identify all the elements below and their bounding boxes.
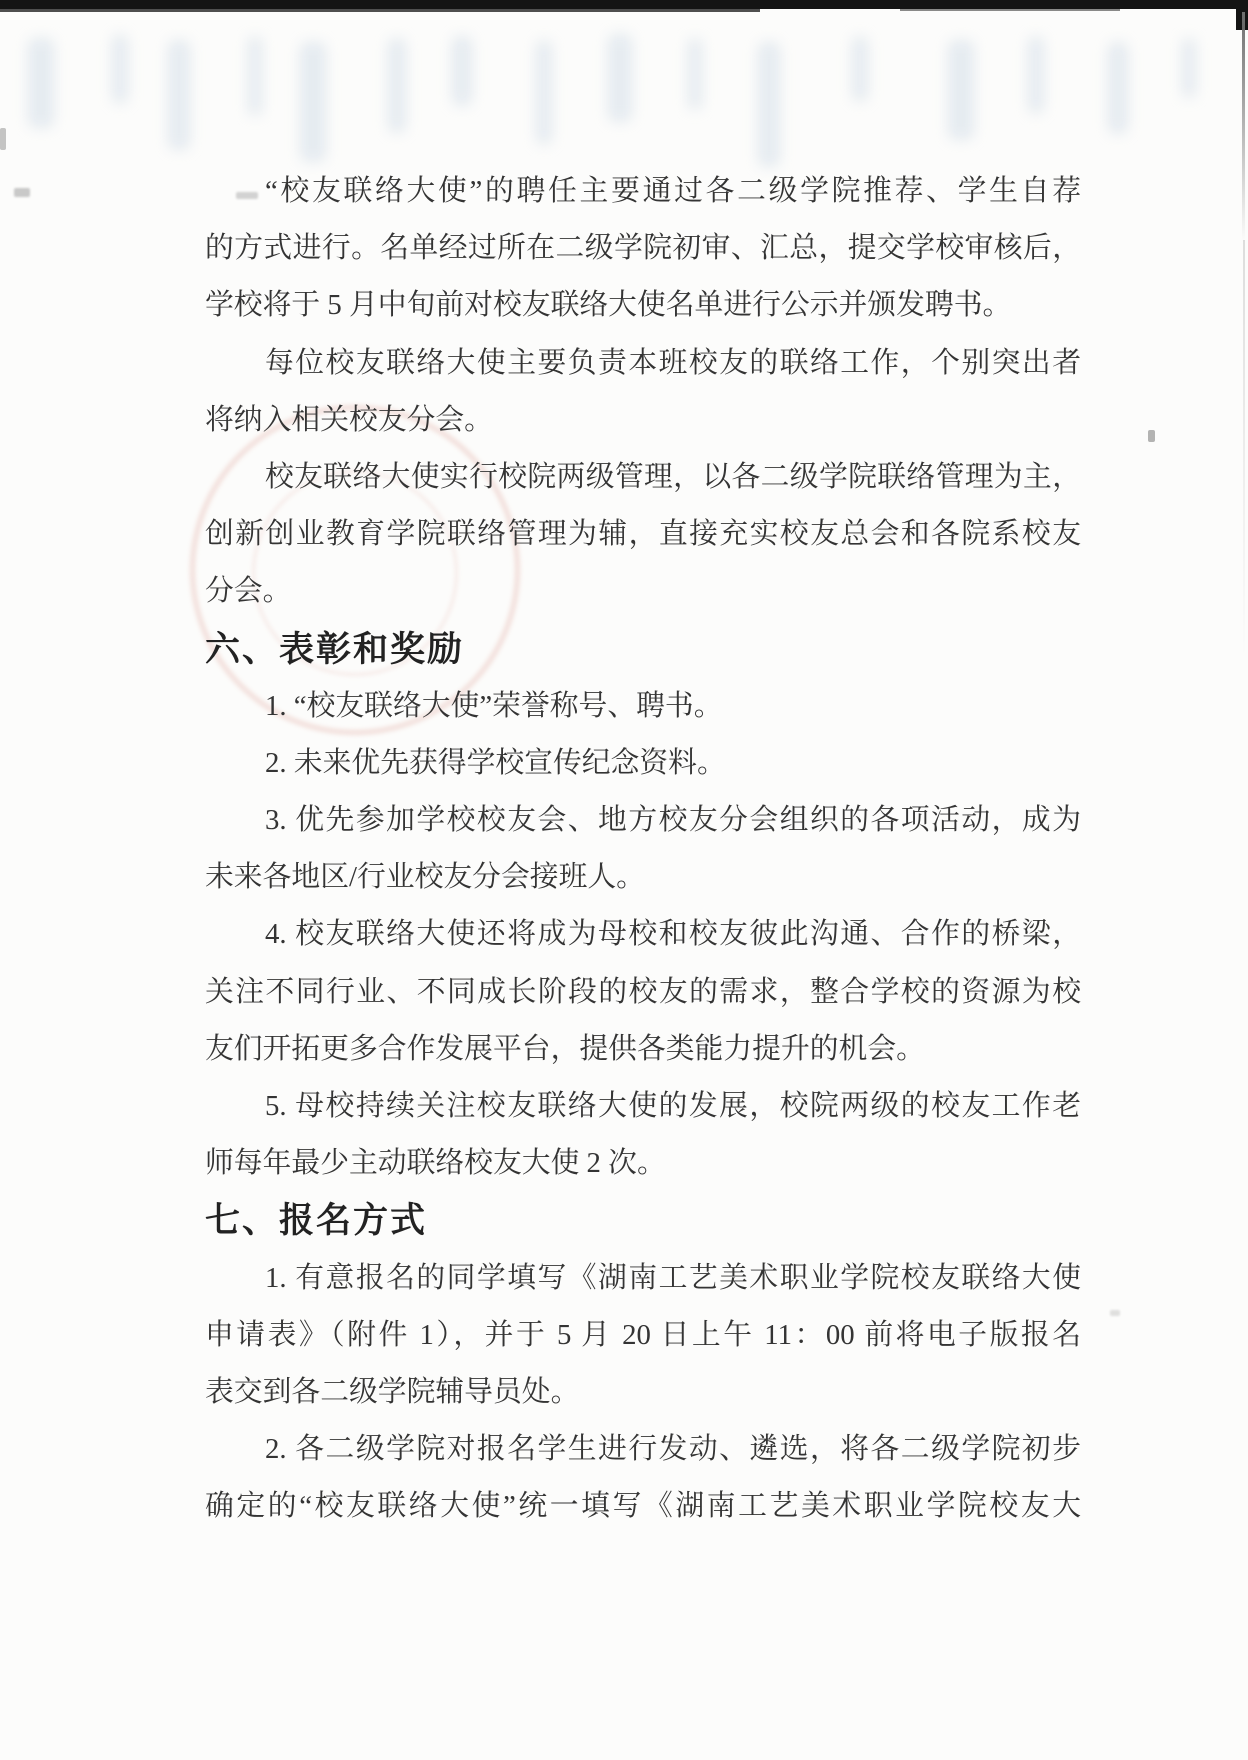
list-item-line: 1. “校友联络大使”荣誉称号、聘书。: [205, 678, 1081, 735]
scan-speck: [1110, 1310, 1120, 1316]
paragraph-line: 分会。: [205, 563, 1081, 620]
document-body: “校友联络大使”的聘任主要通过各二级学院推荐、学生自荐 的方式进行。名单经过所在…: [205, 163, 1081, 1536]
paragraph-line: “校友联络大使”的聘任主要通过各二级学院推荐、学生自荐: [205, 163, 1081, 220]
scan-speck: [0, 128, 6, 150]
scan-top-edge-notch: [0, 9, 760, 12]
section-heading-registration: 七、报名方式: [205, 1192, 1081, 1249]
list-item-line: 2. 各二级学院对报名学生进行发动、遴选，将各二级学院初步: [205, 1421, 1081, 1478]
scanned-page: “校友联络大使”的聘任主要通过各二级学院推荐、学生自荐 的方式进行。名单经过所在…: [0, 0, 1248, 1760]
list-item-line: 3. 优先参加学校校友会、地方校友分会组织的各项活动，成为: [205, 792, 1081, 849]
paragraph-line: 的方式进行。名单经过所在二级学院初审、汇总，提交学校审核后，: [205, 220, 1081, 277]
list-item-line: 确定的“校友联络大使”统一填写《湖南工艺美术职业学院校友大: [205, 1478, 1081, 1535]
list-item-line: 未来各地区/行业校友分会接班人。: [205, 849, 1081, 906]
list-item-line: 5. 母校持续关注校友联络大使的发展，校院两级的校友工作老: [205, 1078, 1081, 1135]
paragraph-line: 校友联络大使实行校院两级管理，以各二级学院联络管理为主，: [205, 449, 1081, 506]
list-item-line: 关注不同行业、不同成长阶段的校友的需求，整合学校的资源为校: [205, 964, 1081, 1021]
list-item-line: 师每年最少主动联络校友大使 2 次。: [205, 1135, 1081, 1192]
scan-right-edge-line: [1242, 12, 1245, 242]
list-item-line: 申请表》（附件 1），并于 5 月 20 日上午 11：00 前将电子版报名: [205, 1307, 1081, 1364]
scan-top-edge-notch: [900, 9, 1120, 11]
list-item-line: 4. 校友联络大使还将成为母校和校友彼此沟通、合作的桥梁，: [205, 906, 1081, 963]
paragraph-line: 创新创业教育学院联络管理为辅，直接充实校友总会和各院系校友: [205, 506, 1081, 563]
list-item-line: 2. 未来优先获得学校宣传纪念资料。: [205, 735, 1081, 792]
list-item-line: 友们开拓更多合作发展平台，提供各类能力提升的机会。: [205, 1021, 1081, 1078]
scan-top-edge: [0, 0, 1248, 9]
paragraph-line: 学校将于 5 月中旬前对校友联络大使名单进行公示并颁发聘书。: [205, 277, 1081, 334]
list-item-line: 表交到各二级学院辅导员处。: [205, 1364, 1081, 1421]
scan-speck: [14, 188, 30, 197]
section-heading-commendation: 六、表彰和奖励: [205, 621, 1081, 678]
scan-right-edge-line: [1243, 240, 1245, 660]
list-item-line: 1. 有意报名的同学填写《湖南工艺美术职业学院校友联络大使: [205, 1250, 1081, 1307]
scan-speck: [1148, 430, 1155, 442]
paragraph-line: 每位校友联络大使主要负责本班校友的联络工作，个别突出者: [205, 335, 1081, 392]
paragraph-line: 将纳入相关校友分会。: [205, 392, 1081, 449]
